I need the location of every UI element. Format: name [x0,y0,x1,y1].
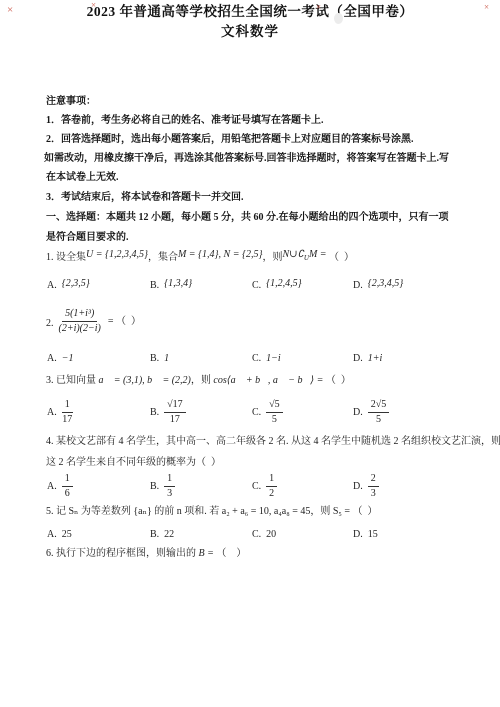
option-label: A. [47,407,57,418]
q3-math-cos-expr: cos⟨a⃗ + b⃗, a⃗ − b⃗⟩ = [213,375,323,386]
option-label: B. [150,529,159,540]
scan-smudge [334,13,343,24]
fraction-numerator: 2√5 [368,399,390,413]
option-label: C. [252,407,261,418]
q1-option-b: B.{1,3,4} [150,277,192,293]
option-value: {2,3,4,5} [368,278,404,289]
q1-answer-blank: （ ） [327,252,355,263]
option-value: 1−i [266,353,281,364]
q6-answer-blank: （ ） [216,548,246,559]
question-5-stem: 5. 记 Sₙ 为等差数列 {aₙ} 的前 n 项和. 若 a₂ + a₆ = … [46,505,480,519]
fraction-denominator: 17 [170,413,180,426]
q1-math-prefix: N∪∁ [282,249,303,260]
red-ink-mark: × [316,3,321,12]
option-label: C. [252,529,261,540]
option-value: −1 [62,353,74,364]
notice-line-3: 如需改动，用橡皮擦干净后，再选涂其他答案标号.回答非选择题时，将答案写在答题卡上… [44,152,480,166]
exam-paper-page: × × × × 2023 年普通高等学校招生全国统一考试（全国甲卷） 文科数学 … [0,0,500,707]
exam-title: 2023 年普通高等学校招生全国统一考试（全国甲卷） [0,0,500,20]
option-label: D. [353,280,363,291]
q3-text-2: ，则 [191,375,214,386]
option-label: B. [150,407,159,418]
fraction-numerator: √17 [164,399,186,413]
q1-math-universal-set: U = {1,2,3,4,5} [86,248,148,262]
option-label: B. [150,353,159,364]
q2-option-b: B.1 [150,350,169,366]
fraction-numerator: 1 [62,473,73,487]
q5-option-c: C.20 [252,526,276,542]
question-4-stem-line-1: 4. 某校文艺部有 4 名学生，其中高一、高二年级各 2 名. 从这 4 名学生… [46,435,480,449]
q6-text-1: 6. 执行下边的程序框图，则输出的 [46,548,199,559]
q6-math-output-var: B = [199,548,217,559]
q3-math-vectors: a⃗ = (3,1), b⃗ = (2,2) [99,375,191,386]
fraction-denominator: 3 [371,487,376,500]
option-fraction: √55 [266,399,283,426]
question-5-options: A.25 B.22 C.20 D.15 [47,526,500,542]
fraction-numerator: 1 [164,473,175,487]
q2-answer-blank: = （ ） [108,315,141,329]
q5-option-b: B.22 [150,526,174,542]
question-1-options: A.{2,3,5} B.{1,3,4} C.{1,2,4,5} D.{2,3,4… [47,277,500,293]
notice-line-4: 在本试卷上无效. [46,171,480,185]
q3-option-d: D.2√55 [353,398,389,426]
q3-answer-blank: （ ） [323,375,351,386]
q5-option-a: A.25 [47,526,72,542]
option-label: D. [353,529,363,540]
option-label: B. [150,481,159,492]
q1-math-complement-expr: N∪∁UM = [282,248,326,262]
option-fraction: 117 [62,399,73,426]
option-fraction: 12 [266,473,277,500]
option-label: C. [252,353,261,364]
notice-line-5: 3．考试结束后，将本试卷和答题卡一并交回. [46,191,480,205]
option-label: A. [47,481,57,492]
option-value: 22 [164,529,174,540]
fraction-denominator: 3 [167,487,172,500]
option-label: D. [353,481,363,492]
q1-math-sets: M = {1,4}, N = {2,5} [178,248,263,262]
fraction-denominator: 6 [65,487,70,500]
q2-number: 2. [46,317,54,331]
fraction-numerator: 1 [62,399,73,413]
fraction-denominator: 5 [272,413,277,426]
question-4-stem-line-2: 这 2 名学生来自不同年级的概率为（ ） [46,456,480,470]
q2-fraction: 5(1+i³) (2+i)(2−i) [59,308,101,335]
question-2-stem: 2. 5(1+i³) (2+i)(2−i) = （ ） [46,308,480,335]
option-fraction: 2√55 [368,399,390,426]
q4-option-d: D.23 [353,472,379,500]
question-4-options: A.16 B.13 C.12 D.23 [47,472,500,500]
option-label: A. [47,280,57,291]
q4-option-c: C.12 [252,472,277,500]
exam-subject-title: 文科数学 [0,20,500,40]
red-ink-mark: × [484,3,489,12]
option-label: A. [47,353,57,364]
question-1-stem: 1. 设全集U = {1,2,3,4,5}，集合M = {1,4}, N = {… [46,251,480,265]
section-heading-line-1: 一、选择题：本题共 12 小题，每小题 5 分，共 60 分.在每小题给出的四个… [46,211,480,225]
q4-option-a: A.16 [47,472,73,500]
option-label: B. [150,280,159,291]
q1-text-3: ，则 [262,252,282,263]
q2-fraction-numerator: 5(1+i³) [62,308,97,322]
question-6-stem: 6. 执行下边的程序框图，则输出的 B = （ ） [46,547,480,561]
option-value: 1+i [368,353,383,364]
q1-option-a: A.{2,3,5} [47,277,90,293]
q5-option-d: D.15 [353,526,378,542]
q2-option-c: C.1−i [252,350,281,366]
fraction-denominator: 17 [62,413,72,426]
option-value: 1 [164,353,169,364]
option-label: C. [252,481,261,492]
q1-math-suffix: M = [309,249,327,260]
q1-option-d: D.{2,3,4,5} [353,277,403,293]
option-fraction: 13 [164,473,175,500]
option-label: A. [47,529,57,540]
q1-text-1: 1. 设全集 [46,252,86,263]
option-fraction: 23 [368,473,379,500]
fraction-denominator: 2 [269,487,274,500]
fraction-denominator: 5 [376,413,381,426]
q4-option-b: B.13 [150,472,175,500]
fraction-numerator: 1 [266,473,277,487]
red-ink-mark: × [7,6,13,15]
q2-option-d: D.1+i [353,350,382,366]
option-fraction: 16 [62,473,73,500]
question-3-stem: 3. 已知向量 a⃗ = (3,1), b⃗ = (2,2)，则 cos⟨a⃗ … [46,374,480,388]
option-value: 15 [368,529,378,540]
option-value: {1,3,4} [164,278,192,289]
q3-option-a: A.117 [47,398,73,426]
option-label: C. [252,280,261,291]
option-value: 25 [62,529,72,540]
option-label: D. [353,407,363,418]
section-heading-line-2: 是符合题目要求的. [46,231,480,245]
q3-option-b: B.√1717 [150,398,186,426]
q3-text-1: 3. 已知向量 [46,375,99,386]
notice-heading: 注意事项： [46,95,480,109]
option-value: 20 [266,529,276,540]
q1-option-c: C.{1,2,4,5} [252,277,302,293]
q2-fraction-denominator: (2+i)(2−i) [59,322,101,335]
option-fraction: √1717 [164,399,186,426]
option-value: {2,3,5} [62,278,90,289]
notice-line-1: 1．答卷前，考生务必将自己的姓名、准考证号填写在答题卡上. [46,114,480,128]
question-2-options: A.−1 B.1 C.1−i D.1+i [47,350,500,366]
red-ink-mark: × [91,1,96,10]
q1-text-2: ，集合 [148,252,178,263]
question-3-options: A.117 B.√1717 C.√55 D.2√55 [47,398,500,426]
fraction-numerator: 2 [368,473,379,487]
notice-line-2: 2．回答选择题时，选出每小题答案后，用铅笔把答题卡上对应题目的答案标号涂黑. [46,133,480,147]
q3-option-c: C.√55 [252,398,283,426]
fraction-numerator: √5 [266,399,283,413]
option-value: {1,2,4,5} [266,278,302,289]
option-label: D. [353,353,363,364]
q2-option-a: A.−1 [47,350,73,366]
